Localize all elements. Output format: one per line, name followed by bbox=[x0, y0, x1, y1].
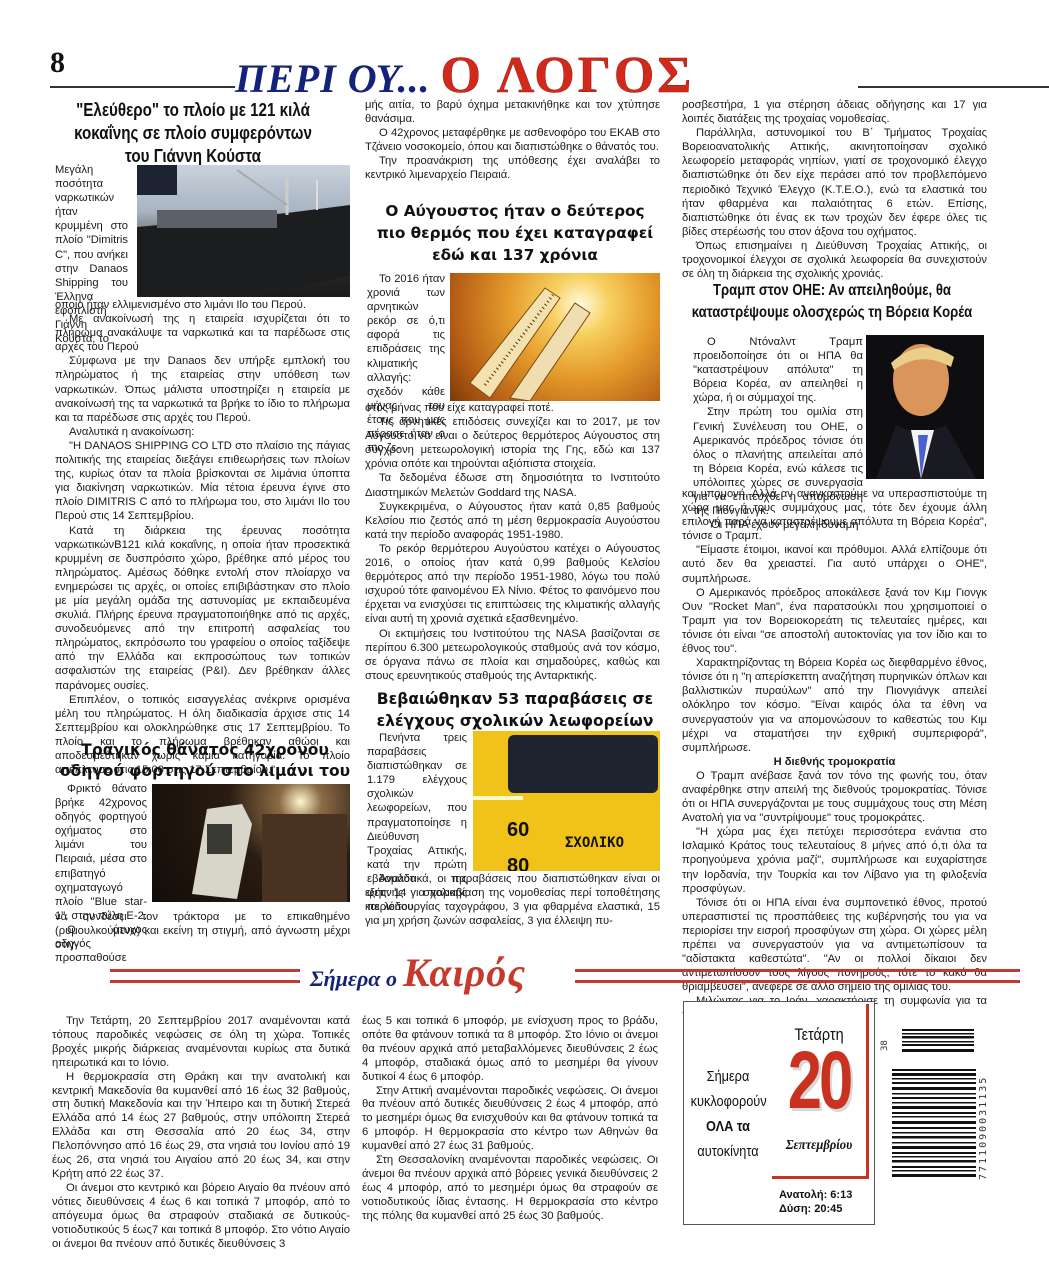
paragraph: Ο Αμερικανός πρόεδρος αποκάλεσε ξανά τον… bbox=[682, 586, 987, 656]
truck-accident-photo bbox=[152, 784, 350, 902]
headline-cocaine: "Ελεύθερο" το πλοίο με 121 κιλά κοκαΐνης… bbox=[66, 98, 320, 167]
paragraph: Ο Τραμπ ανέβασε ξανά τον τόνο της φωνής … bbox=[682, 769, 987, 825]
masthead-title-part2: Ο ΛΟΓΟΣ bbox=[440, 47, 694, 104]
paragraph: ροσβεστήρα, 1 για στέρηση άδειας οδήγηση… bbox=[682, 98, 987, 126]
article-school-buses: Βεβαιώθηκαν 53 παραβάσεις σε ελέγχους σχ… bbox=[365, 688, 665, 732]
paragraph: Χαρακτηρίζοντας τη Βόρεια Κορέα ως διεφθ… bbox=[682, 656, 987, 755]
weather-title: Σήμερα οΚαιρός bbox=[310, 949, 526, 996]
weather-rule-right bbox=[575, 969, 1020, 983]
paragraph: Με ανακοίνωσή της η εταιρεία ισχυρίζεται… bbox=[55, 312, 350, 354]
weather-title-part1: Σήμερα ο bbox=[310, 966, 397, 991]
piraeus-continued: μής αιτία, το βαρύ όχημα μετακινήθηκε κα… bbox=[365, 98, 660, 183]
paragraph: Σύμφωνα με την Danaos δεν υπήρξε εμπλοκή… bbox=[55, 354, 350, 424]
barcode: 38 7711090031135 bbox=[890, 1025, 985, 1190]
paragraph: Παράλληλα, αστυνομικοί του Β΄ Τμήματος Τ… bbox=[682, 126, 987, 239]
piraeus-body: να συνδέσει τον τράκτορα με το επικαθημέ… bbox=[55, 910, 350, 952]
truck-icon bbox=[152, 784, 350, 902]
weather-col-2: έως 5 και τοπικά 6 μποφόρ, με ενίσχυση π… bbox=[362, 1015, 658, 1224]
paragraph: Στην Αττική αναμένονται παροδικές νεφώσε… bbox=[362, 1085, 658, 1155]
masthead-title: ΠΕΡΙ ΟΥ...Ο ΛΟΓΟΣ bbox=[235, 46, 694, 105]
traffic-line: κυκλοφορούν bbox=[691, 1089, 766, 1114]
bus-number-1: 60 bbox=[507, 819, 529, 842]
paragraph: Όπως επισημαίνει η Διεύθυνση Τροχαίας Ατ… bbox=[682, 239, 987, 281]
headline-trump: Τραμπ στον ΟΗΕ: Αν απειληθούμε, θα κατασ… bbox=[684, 280, 979, 324]
paragraph: Ο Ντόναλντ Τραμπ προειδοποίησε ότι οι ΗΠ… bbox=[693, 335, 863, 405]
weather-col-1: Την Τετάρτη, 20 Σεπτεμβρίου 2017 αναμένο… bbox=[52, 1015, 350, 1251]
paragraph: Οι εκτιμήσεις του Ινστιτούτου της NASA β… bbox=[365, 627, 660, 683]
masthead-rule-right bbox=[858, 86, 1049, 88]
masthead: ΠΕΡΙ ΟΥ...Ο ΛΟΓΟΣ bbox=[50, 56, 1000, 90]
article-trump: Τραμπ στον ΟΗΕ: Αν απειληθούμε, θα κατασ… bbox=[672, 280, 992, 324]
headline-school-buses: Βεβαιώθηκαν 53 παραβάσεις σε ελέγχους σχ… bbox=[365, 688, 665, 732]
calendar-frame: Τετάρτη 20 Σεπτεμβρίου bbox=[772, 1004, 869, 1179]
paragraph: Τις αρνητικές επιδόσεις συνεχίζει και το… bbox=[365, 415, 660, 471]
paragraph: Το ρεκόρ θερμότερου Αυγούστου κατέχει ο … bbox=[365, 542, 660, 627]
paragraph: και υπομονή. Αλλά αν αναγκαστούμε να υπε… bbox=[682, 487, 987, 543]
subheading: Η διεθνής τρομοκρατία bbox=[682, 755, 987, 769]
portrait-icon bbox=[866, 335, 984, 479]
sunrise: Ανατολή: 6:13 bbox=[779, 1188, 852, 1202]
paragraph: Οι άνεμοι στο κεντρικό και βόρειο Αιγαίο… bbox=[52, 1182, 350, 1252]
paragraph: Η θερμοκρασία στη Θράκη και την ανατολικ… bbox=[52, 1071, 350, 1182]
weather-banner: Σήμερα οΚαιρός bbox=[110, 955, 1020, 991]
traffic-line: αυτοκίνητα bbox=[691, 1139, 766, 1164]
paragraph: Την προανάκριση της υπόθεσης έχει αναλάβ… bbox=[365, 154, 660, 182]
paragraph: Αναλυτικά η ανακοίνωση: bbox=[55, 425, 350, 439]
headline-august: Ο Αύγουστος ήταν ο δεύτερος πιο θερμός π… bbox=[365, 200, 665, 266]
paragraph: Ο 42χρονος μεταφέρθηκε με ασθενοφόρο του… bbox=[365, 126, 660, 154]
masthead-rule-left bbox=[50, 86, 235, 88]
school-buses-body: Αναλυτικά, οι παραβάσεις που διαπιστώθηκ… bbox=[365, 872, 660, 928]
cocaine-body: οποίο ήταν ελλιμενισμένο στο λιμάνι Ilo … bbox=[55, 298, 350, 777]
sun-times: Ανατολή: 6:13 Δύση: 20:45 bbox=[779, 1188, 852, 1216]
sunset: Δύση: 20:45 bbox=[779, 1202, 852, 1216]
paragraph: Κατά τη διάρκεια της έρευνας ποσότητα να… bbox=[55, 524, 350, 693]
paragraph: Αναλυτικά, οι παραβάσεις που διαπιστώθηκ… bbox=[365, 872, 660, 928]
trump-portrait-photo bbox=[866, 335, 984, 479]
paragraph: μής αιτία, το βαρύ όχημα μετακινήθηκε κα… bbox=[365, 98, 660, 126]
masthead-title-part1: ΠΕΡΙ ΟΥ... bbox=[235, 56, 430, 101]
paragraph: να συνδέσει τον τράκτορα με το επικαθημέ… bbox=[55, 910, 350, 952]
thermometer-heat-photo bbox=[450, 273, 660, 401]
trump-body: και υπομονή. Αλλά αν αναγκαστούμε να υπε… bbox=[682, 487, 987, 1023]
august-body: στός μήνας που είχε καταγραφεί ποτέ. Τις… bbox=[365, 401, 660, 683]
paragraph: Στη Θεσσαλονίκη αναμένονται παροδικές νε… bbox=[362, 1154, 658, 1224]
paragraph: "Είμαστε έτοιμοι, ικανοί και πρόθυμοι. Α… bbox=[682, 543, 987, 585]
school-bus-photo: 60 ΣΧΟΛΙΚΟ 80 bbox=[473, 731, 660, 871]
paragraph: Τα δεδομένα έδωσε στη δημοσιότητα το Ινσ… bbox=[365, 471, 660, 499]
calendar-day: 20 bbox=[784, 1040, 855, 1122]
paragraph: "Η χώρα μας έχει πετύχει περισσότερα ενά… bbox=[682, 825, 987, 895]
calendar-month: Σεπτεμβρίου bbox=[777, 1138, 862, 1154]
paragraph: οποίο ήταν ελλιμενισμένο στο λιμάνι Ilo … bbox=[55, 298, 350, 312]
article-cocaine: "Ελεύθερο" το πλοίο με 121 κιλά κοκαΐνης… bbox=[55, 98, 330, 167]
paragraph: Φρικτό θάνατο βρήκε 42χρονος οδηγός φορτ… bbox=[55, 782, 147, 923]
thermometer-icon bbox=[450, 273, 660, 401]
weather-rule-left bbox=[110, 969, 300, 983]
school-buses-continued: ροσβεστήρα, 1 για στέρηση άδειας οδήγηση… bbox=[682, 98, 987, 281]
bus-label: ΣΧΟΛΙΚΟ bbox=[565, 835, 624, 851]
paragraph: στός μήνας που είχε καταγραφεί ποτέ. bbox=[365, 401, 660, 415]
bus-window bbox=[508, 735, 658, 793]
traffic-line: Σήμερα bbox=[691, 1064, 766, 1089]
paragraph: έως 5 και τοπικά 6 μποφόρ, με ενίσχυση π… bbox=[362, 1015, 658, 1085]
paragraph: "Η DANAOS SHIPPING CO LTD στο πλαίσιο τη… bbox=[55, 439, 350, 524]
barcode-digits: 7711090031135 bbox=[978, 1076, 989, 1180]
bus-trim bbox=[473, 796, 523, 800]
ship-icon bbox=[137, 165, 350, 297]
paragraph: Την Τετάρτη, 20 Σεπτεμβρίου 2017 αναμένο… bbox=[52, 1015, 350, 1071]
traffic-notice: Σήμερα κυκλοφορούν ΟΛΑ τα αυτοκίνητα bbox=[691, 1064, 766, 1164]
weather-title-part2: Καιρός bbox=[403, 950, 526, 995]
date-box: Σήμερα κυκλοφορούν ΟΛΑ τα αυτοκίνητα Τετ… bbox=[683, 1001, 875, 1225]
paragraph: Συγκεκριμένα, ο Αύγουστος ήταν κατά 0,85… bbox=[365, 500, 660, 542]
barcode-addon: 38 bbox=[880, 1040, 890, 1051]
bus-number-2: 80 bbox=[507, 855, 529, 871]
article-august: Ο Αύγουστος ήταν ο δεύτερος πιο θερμός π… bbox=[365, 200, 665, 266]
cargo-ship-photo bbox=[137, 165, 350, 297]
barcode-icon bbox=[890, 1025, 985, 1190]
traffic-line: ΟΛΑ τα bbox=[691, 1114, 766, 1139]
